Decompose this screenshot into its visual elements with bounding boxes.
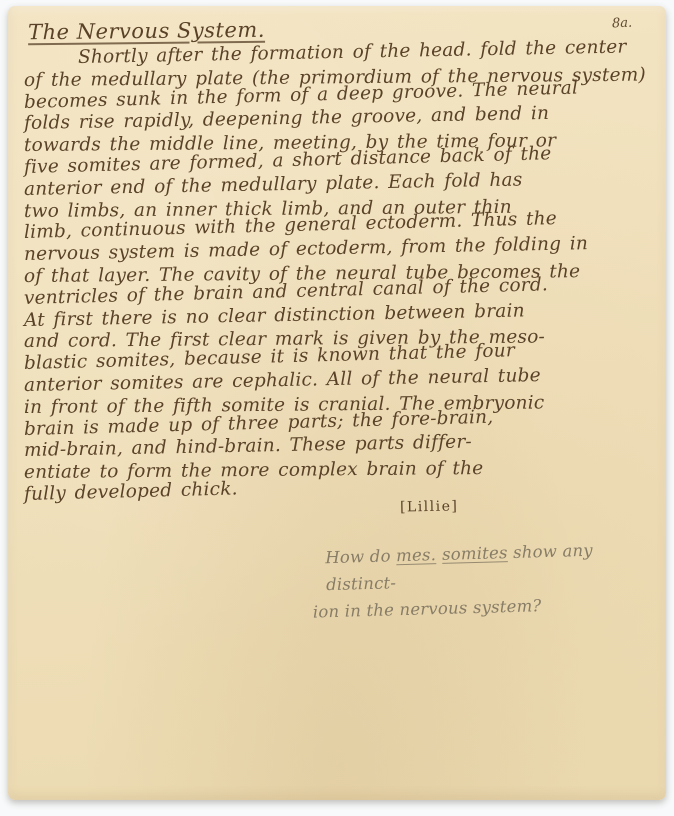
note-text: How do [325, 546, 396, 567]
page-number: 8a. [612, 16, 633, 32]
note-line: How do mes.somites show any distinct- [325, 536, 626, 598]
scanned-manuscript: 8a. The Nervous System. Shortly after th… [0, 0, 674, 816]
manuscript-body: Shortly after the formation of the head.… [24, 49, 652, 507]
source-attribution: [Lillie] [400, 498, 459, 515]
note-underlined-word: mes. [396, 545, 436, 565]
manuscript-page: 8a. The Nervous System. Shortly after th… [8, 6, 666, 800]
pencil-question-note: How do mes.somites show any distinct- io… [325, 536, 627, 625]
page-title: The Nervous System. [28, 18, 265, 44]
note-underlined-word: somites [442, 543, 508, 564]
